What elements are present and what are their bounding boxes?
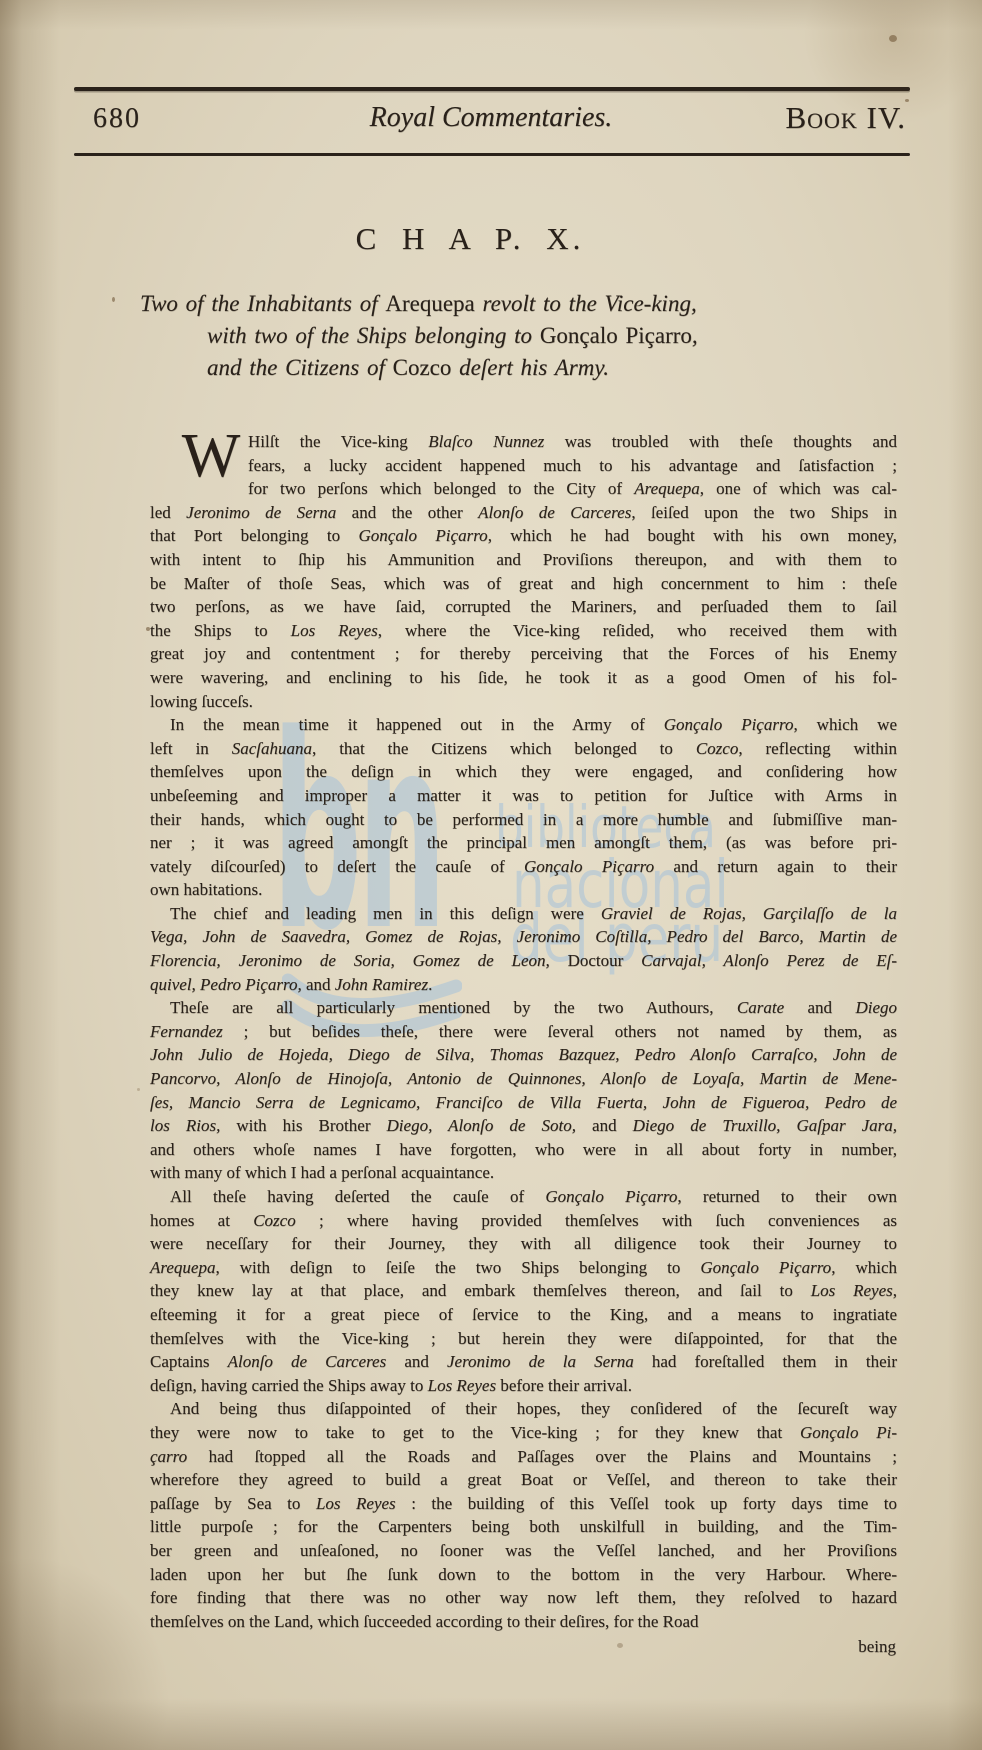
- body-line: great joy and contentment ; for thereby …: [150, 642, 897, 666]
- body-line: were neceſſary for their Journey, they w…: [150, 1232, 897, 1256]
- body-line: In the mean time it happened out in the …: [150, 713, 897, 737]
- body-line: los Rios, with his Brother Diego, Alonſo…: [150, 1114, 897, 1138]
- body-line: Fernandez ; but beſides theſe, there wer…: [150, 1020, 897, 1044]
- book-page-scan: bn biblioteca nacional del peru 680 Roya…: [0, 0, 982, 1750]
- body-line: lowing ſucceſs.: [150, 690, 897, 714]
- body-line: the Ships to Los Reyes, where the Vice-k…: [150, 619, 897, 643]
- body-line: laden upon her but ſhe ſunk down to the …: [150, 1563, 897, 1587]
- body-line: were wavering, and enclining to his ſide…: [150, 666, 897, 690]
- body-line: with intent to ſhip his Ammunition and P…: [150, 548, 897, 572]
- header-rule-bottom: [74, 153, 910, 156]
- catchword: being: [858, 1637, 896, 1657]
- paper-speck: [617, 1643, 623, 1648]
- body-line: The chief and leading men in this deſign…: [150, 902, 897, 926]
- body-line: with many of which I had a perſonal acqu…: [150, 1161, 897, 1185]
- body-line: Florencia, Jeronimo de Soria, Gomez de L…: [150, 949, 897, 973]
- body-line: quivel, Pedro Piçarro, and John Ramirez.: [150, 973, 897, 997]
- body-line: Captains Alonſo de Carceres and Jeronimo…: [150, 1350, 897, 1374]
- chapter-heading: C H A P. X.: [0, 221, 940, 257]
- body-line: they knew lay at that place, and embark …: [150, 1279, 897, 1303]
- body-line: that Port belonging to Gonçalo Piçarro, …: [150, 524, 897, 548]
- paper-speck: [889, 35, 897, 42]
- paragraph: WHilſt the Vice-king Blaſco Nunnez was t…: [150, 430, 897, 713]
- body-line: and others whoſe names I have forgotten,…: [150, 1138, 897, 1162]
- paragraph: And being thus diſappointed of their hop…: [150, 1397, 897, 1633]
- body-line: ſes, Mancio Serra de Legnicamo, Franciſc…: [150, 1091, 897, 1115]
- body-text: WHilſt the Vice-king Blaſco Nunnez was t…: [150, 430, 897, 1633]
- body-line: homes at Cozco ; where having provided t…: [150, 1209, 897, 1233]
- body-line: unbeſeeming and improper a matter it was…: [150, 784, 897, 808]
- body-line: çarro had ſtopped all the Roads and Paſſ…: [150, 1445, 897, 1469]
- paragraph: All theſe having deſerted the cauſe of G…: [150, 1185, 897, 1397]
- body-line: left in Sacſahuana, that the Citizens wh…: [150, 737, 897, 761]
- paragraph: In the mean time it happened out in the …: [150, 713, 897, 902]
- body-line: themſelves on the Land, which ſucceeded …: [150, 1610, 897, 1634]
- body-line: themſelves upon the deſign in which they…: [150, 760, 897, 784]
- chapter-subtitle-line: and the Citizens of Cozco deſert his Arm…: [207, 355, 609, 381]
- body-line: paſſage by Sea to Los Reyes : the buildi…: [150, 1492, 897, 1516]
- paragraph: Theſe are all particularly mentioned by …: [150, 996, 897, 1185]
- body-line: led Jeronimo de Serna and the other Alon…: [150, 501, 897, 525]
- body-line: fore finding that there was no other way…: [150, 1586, 897, 1610]
- body-line: John Julio de Hojeda, Diego de Silva, Th…: [150, 1043, 897, 1067]
- body-line: be Maſter of thoſe Seas, which was of gr…: [150, 572, 897, 596]
- paper-speck: [905, 99, 909, 102]
- book-label: Book IV.: [785, 100, 906, 136]
- body-line: deſign, having carried the Ships away to…: [150, 1374, 897, 1398]
- printed-content: 680 Royal Commentaries. Book IV. C H A P…: [0, 0, 982, 1750]
- paragraph: The chief and leading men in this deſign…: [150, 902, 897, 996]
- body-line: own habitations.: [150, 878, 897, 902]
- body-line: Vega, John de Saavedra, Gomez de Rojas, …: [150, 925, 897, 949]
- body-line: they were now to take to get to the Vice…: [150, 1421, 897, 1445]
- body-line: for two perſons which belonged to the Ci…: [150, 477, 897, 501]
- chapter-subtitle-line: Two of the Inhabitants of Arequepa revol…: [140, 291, 697, 317]
- body-line: eſteeming it for a great piece of ſervic…: [150, 1303, 897, 1327]
- body-line: Pancorvo, Alonſo de Hinojoſa, Antonio de…: [150, 1067, 897, 1091]
- paper-speck: [146, 627, 150, 631]
- body-line: All theſe having deſerted the cauſe of G…: [150, 1185, 897, 1209]
- body-line: And being thus diſappointed of their hop…: [150, 1397, 897, 1421]
- body-line: vately diſcourſed) to deſert the cauſe o…: [150, 855, 897, 879]
- paper-speck: [137, 1088, 140, 1091]
- body-line: Hilſt the Vice-king Blaſco Nunnez was tr…: [150, 430, 897, 454]
- drop-cap: W: [180, 433, 242, 479]
- body-line: wherefore they agreed to build a great B…: [150, 1468, 897, 1492]
- body-line: ner ; it was agreed amongſt the principa…: [150, 831, 897, 855]
- chapter-subtitle-line: with two of the Ships belonging to Gonça…: [207, 323, 698, 349]
- body-line: two perſons, as we have ſaid, corrupted …: [150, 595, 897, 619]
- body-line: fears, a lucky accident happened much to…: [150, 454, 897, 478]
- body-line: ber green and unſeaſoned, no ſooner was …: [150, 1539, 897, 1563]
- body-line: their hands, which ought to be performed…: [150, 808, 897, 832]
- header-rule-top: [74, 87, 910, 91]
- body-line: themſelves with the Vice-king ; but here…: [150, 1327, 897, 1351]
- body-line: Theſe are all particularly mentioned by …: [150, 996, 897, 1020]
- body-line: little purpoſe ; for the Carpenters bein…: [150, 1515, 897, 1539]
- paper-speck: [112, 297, 115, 302]
- body-line: Arequepa, with deſign to ſeiſe the two S…: [150, 1256, 897, 1280]
